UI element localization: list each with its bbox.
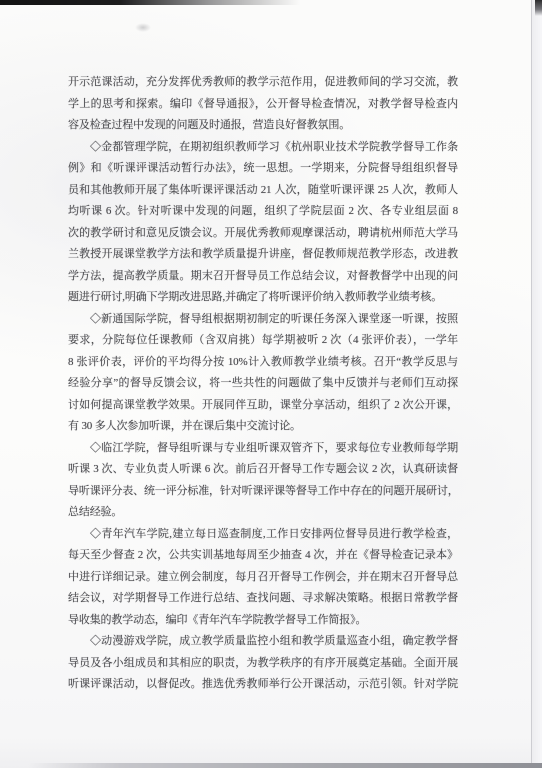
text-line: 开示范课活动，充分发挥优秀教师的教学示范作用，促进教师间的学习交流，教 bbox=[68, 72, 458, 94]
text-line: 听课 3 次、专业负责人听课 6 次。前后召开督导工作专题会议 2 次，认真研读… bbox=[68, 459, 458, 481]
text-line: 次的教学研讨和意见反馈会议。开展优秀教师观摩课活动，聘请杭州师范大学马 bbox=[68, 223, 458, 245]
text-line: 有 30 多人次参加听课，并在课后集中交流讨论。 bbox=[68, 416, 458, 438]
text-line: 每天至少督查 2 次，公共实训基地每周至少抽查 4 次，并在《督导检查记录本》 bbox=[68, 545, 458, 567]
document-body-text: 开示范课活动，充分发挥优秀教师的教学示范作用，促进教师间的学习交流，教学上的思考… bbox=[68, 72, 458, 696]
scanned-page-canvas: 开示范课活动，充分发挥优秀教师的教学示范作用，促进教师间的学习交流，教学上的思考… bbox=[0, 0, 542, 768]
text-line: ◇金都管理学院，在期初组织教师学习《杭州职业技术学院教学督导工作条 bbox=[68, 137, 458, 159]
text-line: 题进行研讨,明确下学期改进思路,并确定了将听课评价纳入教师教学业绩考核。 bbox=[68, 287, 458, 309]
text-line: 导员及各小组成员和其相应的职责，为教学秩序的有序开展奠定基础。全面开展 bbox=[68, 653, 458, 675]
text-line: 总结经验。 bbox=[68, 502, 458, 524]
text-line: 均听课 6 次。针对听课中发现的问题，组织了学院层面 2 次、各专业组层面 8 bbox=[68, 201, 458, 223]
text-line: 例》和《听课评课活动暂行办法》，统一思想。一学期来，分院督导组组织督导 bbox=[68, 158, 458, 180]
text-line: 兰教授开展课堂教学方法和教学质量提升讲座，督促教师规范教学形态，改进教 bbox=[68, 244, 458, 266]
scan-corner-mark bbox=[535, 0, 542, 16]
text-line: ◇动漫游戏学院，成立教学质量监控小组和教学质量巡查小组，确定教学督 bbox=[68, 631, 458, 653]
text-line: 容及检查过程中发现的问题及时通报，营造良好督教氛围。 bbox=[68, 115, 458, 137]
text-line: 讨如何提高课堂教学效果。开展同伴互助，课堂分享活动，组织了 2 次公开课， bbox=[68, 395, 458, 417]
text-line: ◇青年汽车学院,建立每日巡查制度,工作日安排两位督导员进行教学检查， bbox=[68, 524, 458, 546]
text-line: 学方法，提高教学质量。期末召开督导员工作总结会议，对督教督学中出现的问 bbox=[68, 266, 458, 288]
text-line: 8 张评价表，评价的平均得分按 10%计入教师教学业绩考核。召开“教学反思与 bbox=[68, 352, 458, 374]
text-line: 要求，分院每位任课教师（含双肩挑）每学期被听 2 次（4 张评价表），一学年 bbox=[68, 330, 458, 352]
text-line: 员和其他教师开展了集体听课评课活动 21 人次，随堂听课评课 25 人次，教师人 bbox=[68, 180, 458, 202]
text-line: 结会议，对学期督导工作进行总结、查找问题、寻求解决策略。根据日常教学督 bbox=[68, 588, 458, 610]
text-line: 导听课评分表、统一评分标准，针对听课评课等督导工作中存在的问题开展研讨， bbox=[68, 481, 458, 503]
text-line: 经验分享”的督导反馈会议，将一些共性的问题做了集中反馈并与老师们互动探 bbox=[68, 373, 458, 395]
scan-background-right-strip bbox=[531, 0, 542, 768]
text-line: ◇新通国际学院，督导组根据期初制定的听课任务深入课堂逐一听课，按照 bbox=[68, 309, 458, 331]
text-line: 中进行详细记录。建立例会制度，每月召开督导工作例会，并在期末召开督导总 bbox=[68, 567, 458, 589]
text-line: ◇临江学院，督导组听课与专业组听课双管齐下，要求每位专业教师每学期 bbox=[68, 438, 458, 460]
paper-smudge bbox=[135, 23, 151, 32]
scan-edge-bottom-shadow bbox=[28, 763, 542, 768]
text-line: 导收集的教学动态，编印《青年汽车学院教学督导工作简报》。 bbox=[68, 610, 458, 632]
text-line: 听课评课活动，以督促改。推选优秀教师举行公开课活动，示范引领。针对学院 bbox=[68, 674, 458, 696]
scan-edge-top-bar bbox=[0, 0, 300, 5]
text-line: 学上的思考和探索。编印《督导通报》，公开督导检查情况，对教学督导检查内 bbox=[68, 94, 458, 116]
